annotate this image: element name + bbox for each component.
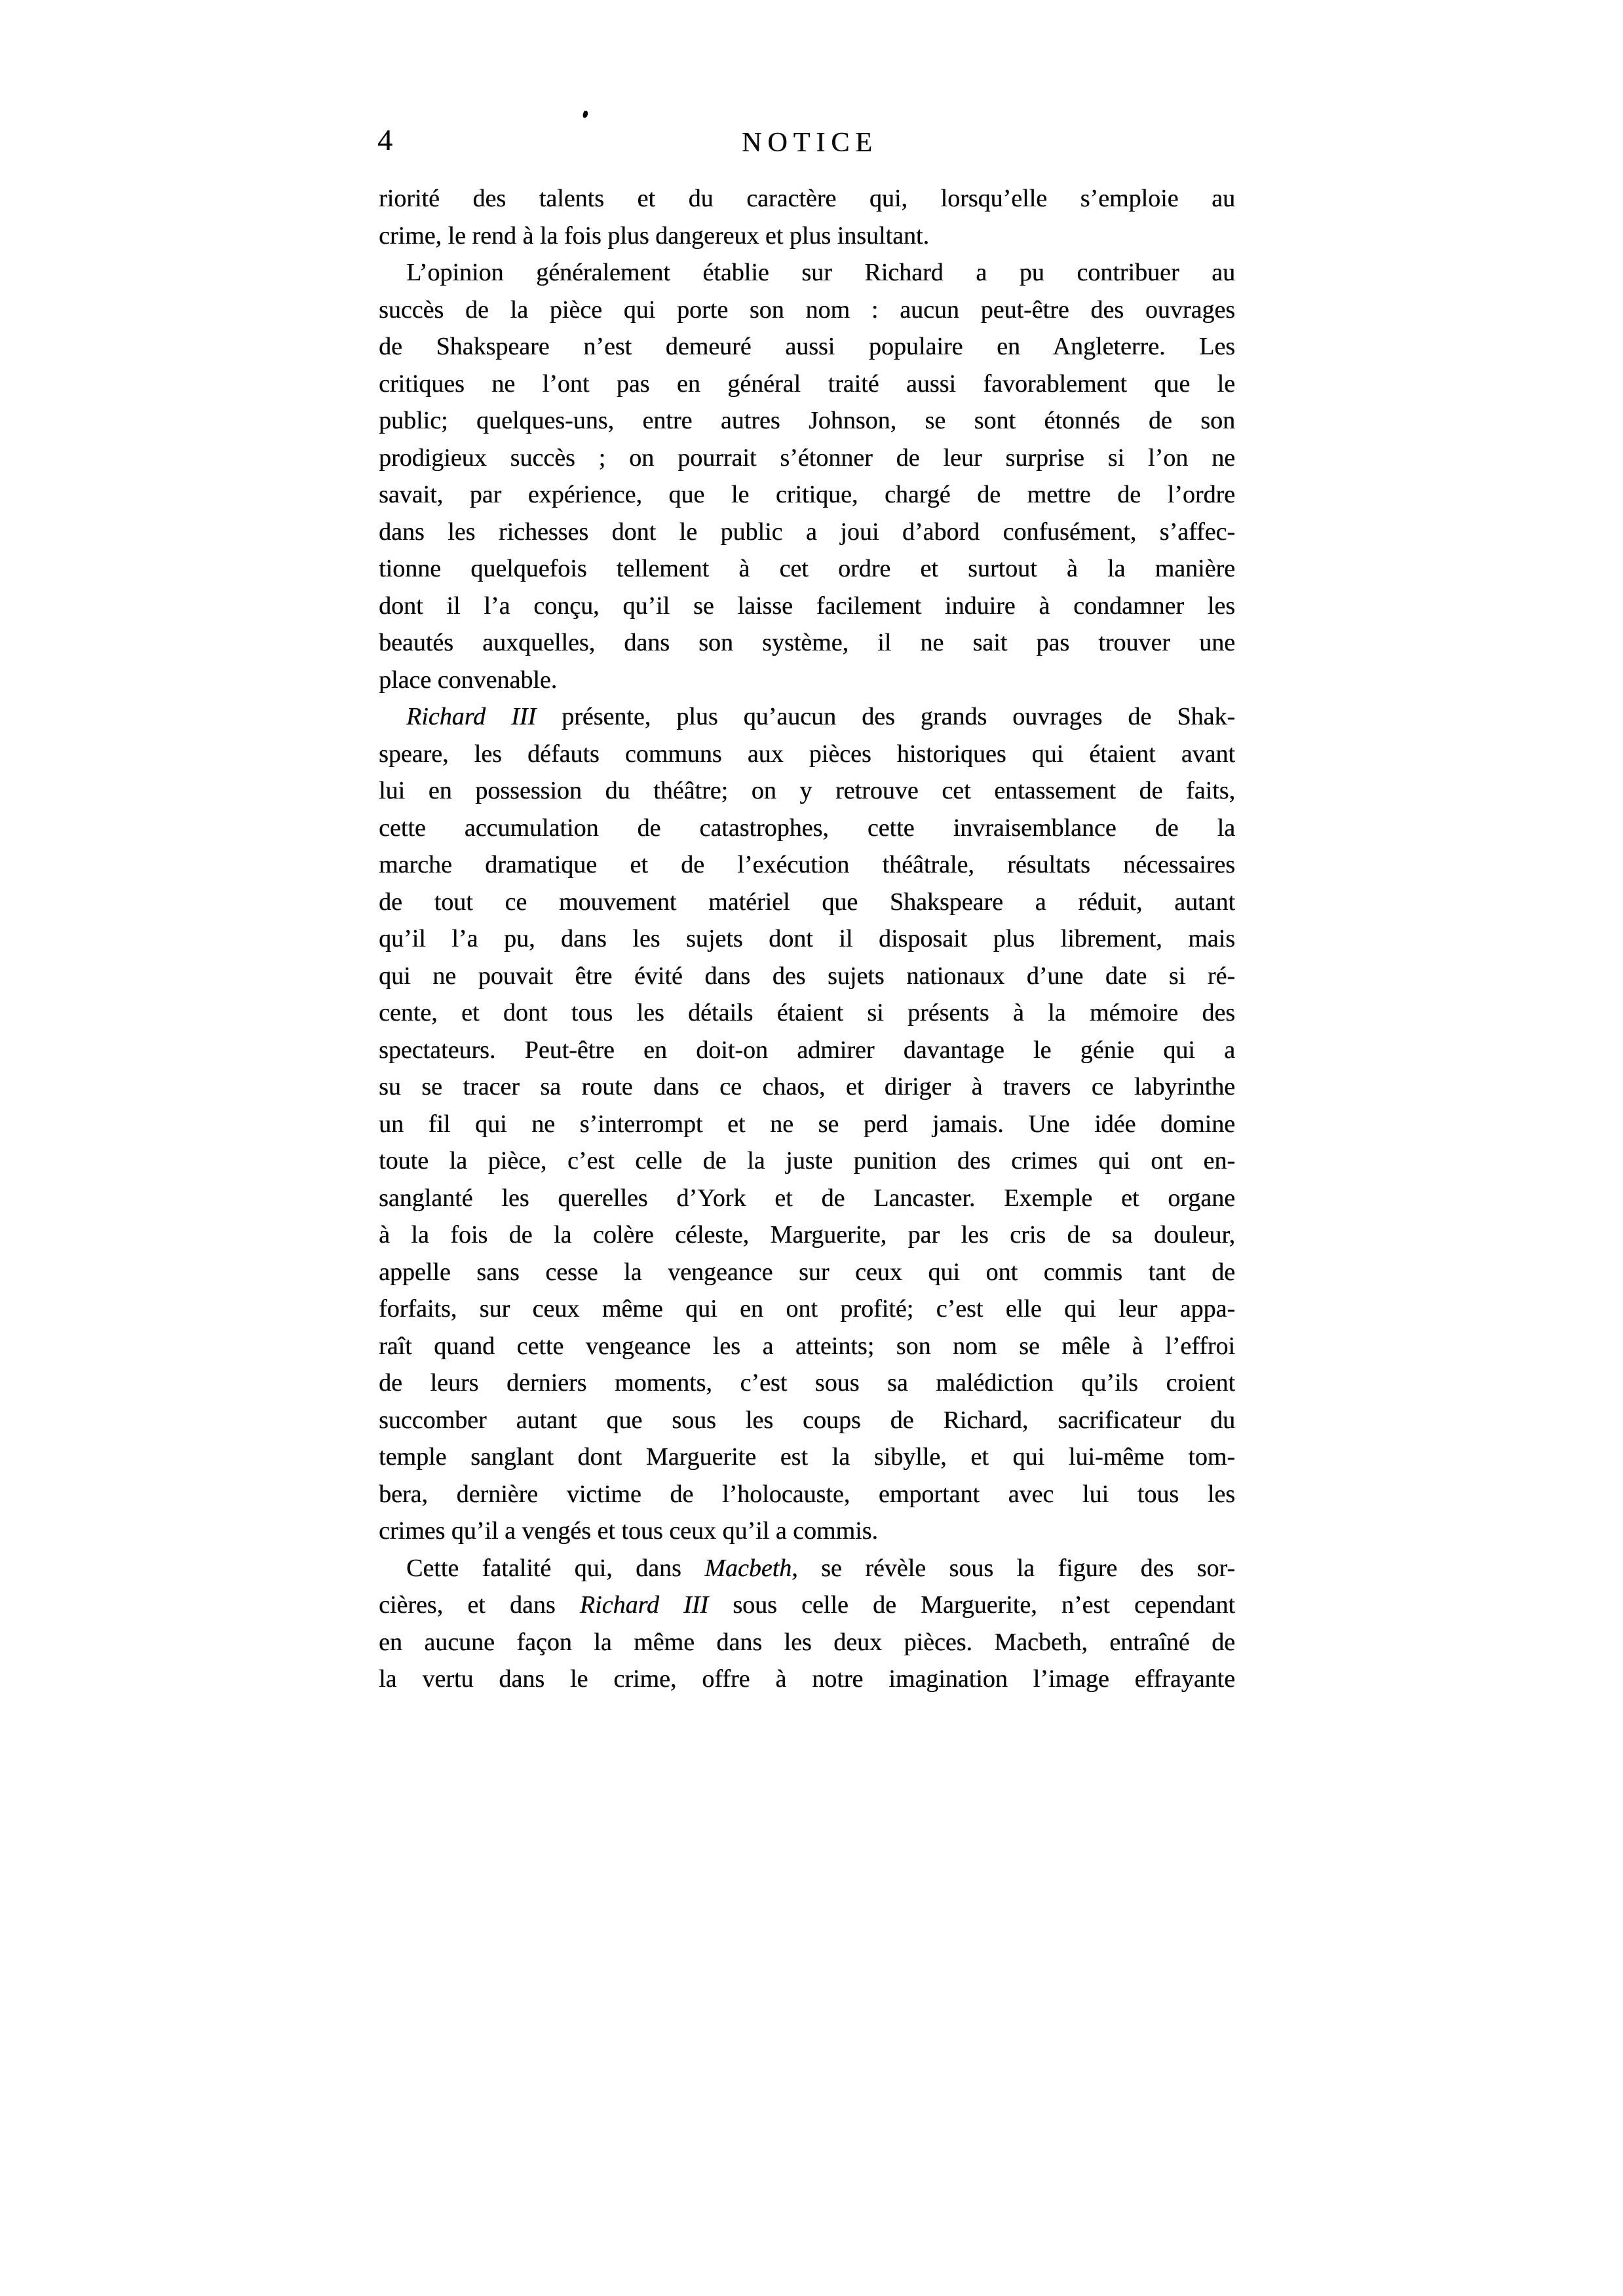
text-line: raît quand cette vengeance les a atteint… [379, 1328, 1235, 1365]
text-line: la vertu dans le crime, offre à notre im… [379, 1661, 1235, 1698]
text-line: un fil qui ne s’interrompt et ne se perd… [379, 1106, 1235, 1143]
book-page: 4 NOTICE riorité des talents et du carac… [0, 0, 1623, 2296]
text-line: temple sanglant dont Marguerite est la s… [379, 1439, 1235, 1476]
text-line: de leurs derniers moments, c’est sous sa… [379, 1364, 1235, 1402]
text-line: su se tracer sa route dans ce chaos, et … [379, 1068, 1235, 1106]
text-line: de tout ce mouvement matériel que Shaksp… [379, 884, 1235, 921]
text-line: appelle sans cesse la vengeance sur ceux… [379, 1254, 1235, 1291]
text-line: qui ne pouvait être évité dans des sujet… [379, 958, 1235, 995]
text-line: à la fois de la colère céleste, Margueri… [379, 1216, 1235, 1254]
text-line: cente, et dont tous les détails étaient … [379, 994, 1235, 1032]
text-line: cette accumulation de catastrophes, cett… [379, 810, 1235, 847]
text-line: crimes qu’il a vengés et tous ceux qu’il… [379, 1513, 1235, 1550]
text-line: place convenable. [379, 662, 1235, 699]
text-line: bera, dernière victime de l’holocauste, … [379, 1476, 1235, 1513]
text-line: succomber autant que sous les coups de R… [379, 1402, 1235, 1439]
text-line: tionne quelquefois tellement à cet ordre… [379, 550, 1235, 588]
text-line: qu’il l’a pu, dans les sujets dont il di… [379, 920, 1235, 958]
text-line: beautés auxquelles, dans son système, il… [379, 624, 1235, 662]
text-line: de Shakspeare n’est demeuré aussi popula… [379, 328, 1235, 366]
text-line: Cette fatalité qui, dans Macbeth, se rév… [379, 1550, 1235, 1587]
text-line: en aucune façon la même dans les deux pi… [379, 1624, 1235, 1661]
text-line: cières, et dans Richard III sous celle d… [379, 1587, 1235, 1624]
text-line: dans les richesses dont le public a joui… [379, 514, 1235, 551]
text-line: L’opinion généralement établie sur Richa… [379, 254, 1235, 292]
text-line: lui en possession du théâtre; on y retro… [379, 772, 1235, 810]
text-line: toute la pièce, c’est celle de la juste … [379, 1142, 1235, 1180]
text-line: critiques ne l’ont pas en général traité… [379, 366, 1235, 403]
text-line: prodigieux succès ; on pourrait s’étonne… [379, 440, 1235, 477]
text-line: Richard III présente, plus qu’aucun des … [379, 698, 1235, 736]
text-line: dont il l’a conçu, qu’il se laisse facil… [379, 588, 1235, 625]
text-line: succès de la pièce qui porte son nom : a… [379, 292, 1235, 329]
text-line: savait, par expérience, que le critique,… [379, 476, 1235, 514]
text-line: riorité des talents et du caractère qui,… [379, 180, 1235, 217]
ink-speck [582, 110, 588, 118]
text-line: public; quelques-uns, entre autres Johns… [379, 402, 1235, 440]
text-line: speare, les défauts communs aux pièces h… [379, 736, 1235, 773]
page-header-title: NOTICE [379, 127, 1235, 159]
text-line: marche dramatique et de l’exécution théâ… [379, 846, 1235, 884]
text-line: crime, le rend à la fois plus dangereux … [379, 217, 1235, 255]
text-line: spectateurs. Peut-être en doit-on admire… [379, 1032, 1235, 1069]
body-text: riorité des talents et du caractère qui,… [379, 180, 1235, 1698]
text-line: forfaits, sur ceux même qui en ont profi… [379, 1290, 1235, 1328]
text-line: sanglanté les querelles d’York et de Lan… [379, 1180, 1235, 1217]
